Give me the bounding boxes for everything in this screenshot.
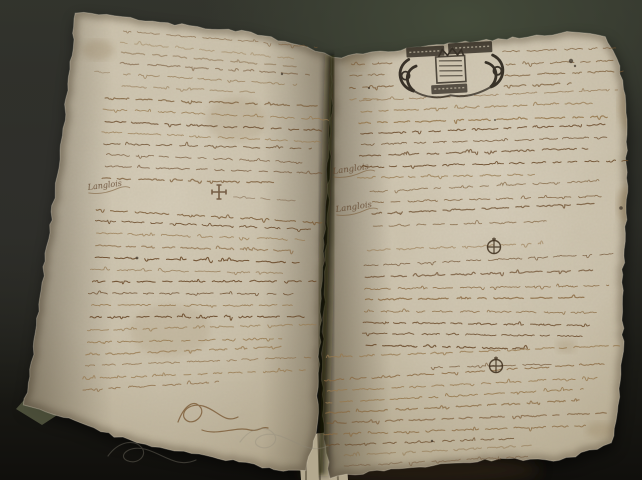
ink-speck bbox=[281, 73, 283, 75]
ink-speck bbox=[136, 257, 139, 260]
manuscript-scan: LangloisLangloisLanglois bbox=[0, 0, 642, 480]
ink-speck bbox=[619, 206, 623, 210]
scan-canvas: LangloisLangloisLanglois bbox=[0, 0, 642, 480]
ink-speck bbox=[574, 65, 576, 67]
ink-speck bbox=[569, 59, 573, 63]
ink-speck bbox=[494, 119, 496, 121]
ink-speck bbox=[431, 440, 433, 442]
ink-speck bbox=[368, 87, 370, 89]
